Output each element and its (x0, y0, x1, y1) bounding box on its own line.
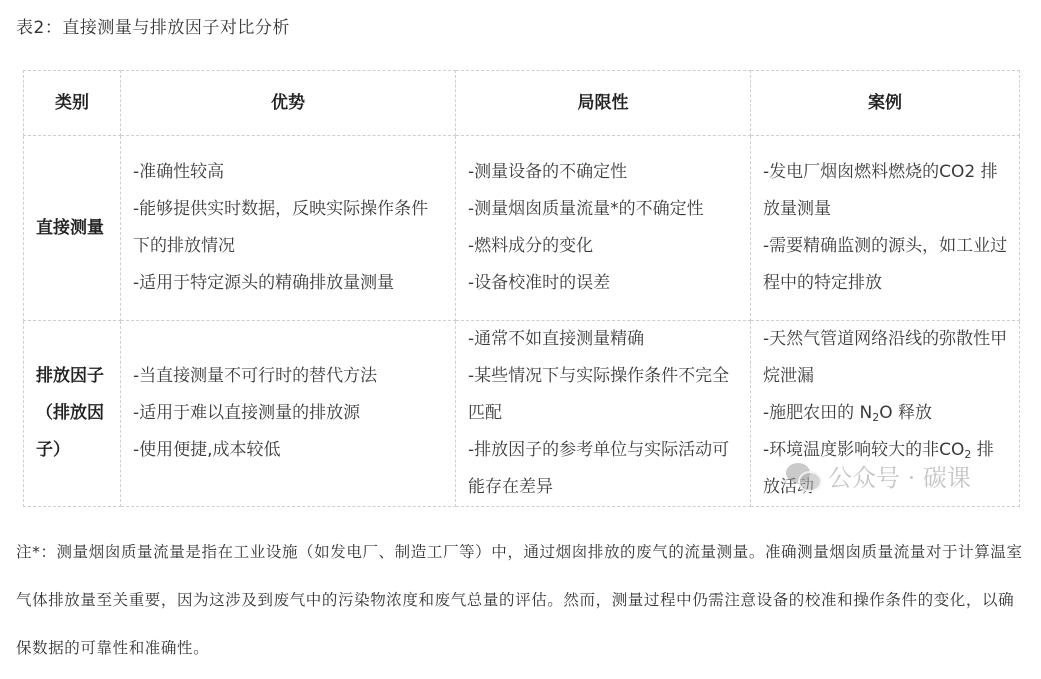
row-limitations: -测量设备的不确定性 -测量烟囱质量流量*的不确定性 -燃料成分的变化 -设备校… (456, 136, 751, 321)
list-item: -某些情况下与实际操作条件不完全匹配 (468, 358, 740, 432)
list-item: -当直接测量不可行时的替代方法 (133, 358, 445, 395)
list-item: -需要精确监测的源头，如工业过程中的特定排放 (763, 228, 1009, 302)
list-item: -适用于特定源头的精确排放量测量 (133, 265, 445, 302)
list-item: -燃料成分的变化 (468, 228, 740, 265)
list-item: -适用于难以直接测量的排放源 (133, 395, 445, 432)
row-advantages: -准确性较高 -能够提供实时数据，反映实际操作条件下的排放情况 -适用于特定源头… (121, 136, 456, 321)
row-cases: -发电厂烟囱燃料燃烧的CO2 排放量测量 -需要精确监测的源头，如工业过程中的特… (751, 136, 1020, 321)
row-limitations: -通常不如直接测量精确 -某些情况下与实际操作条件不完全匹配 -排放因子的参考单… (456, 321, 751, 507)
header-advantages: 优势 (121, 71, 456, 136)
table-row: 直接测量 -准确性较高 -能够提供实时数据，反映实际操作条件下的排放情况 -适用… (24, 136, 1020, 321)
header-cases: 案例 (751, 71, 1020, 136)
list-item: -排放因子的参考单位与实际活动可能存在差异 (468, 432, 740, 506)
co2-prefix: CO (939, 440, 964, 460)
n2o-suffix: O 释放 (879, 403, 932, 423)
row-category: 排放因子（排放因子） (24, 321, 121, 507)
list-item: -能够提供实时数据，反映实际操作条件下的排放情况 (133, 191, 445, 265)
row-cases: -天然气管道网络沿线的弥散性甲烷泄漏 -施肥农田的 N2O 释放 -环境温度影响… (751, 321, 1020, 507)
list-item: -环境温度影响较大的非CO2 排放活动 (763, 432, 1009, 506)
list-item: -施肥农田的 N2O 释放 (763, 395, 1009, 432)
list-item: -使用便捷,成本较低 (133, 432, 445, 469)
list-item: -发电厂烟囱燃料燃烧的CO2 排放量测量 (763, 154, 1009, 228)
list-item: -设备校准时的误差 (468, 265, 740, 302)
list-item: -通常不如直接测量精确 (468, 321, 740, 358)
list-item: -天然气管道网络沿线的弥散性甲烷泄漏 (763, 321, 1009, 395)
header-category: 类别 (24, 71, 121, 136)
table-row: 排放因子（排放因子） -当直接测量不可行时的替代方法 -适用于难以直接测量的排放… (24, 321, 1020, 507)
footnote: 注*：测量烟囱质量流量是指在工业设施（如发电厂、制造工厂等）中，通过烟囱排放的废… (16, 528, 1026, 672)
n2o-prefix: -施肥农田的 N (763, 403, 872, 423)
row-advantages: -当直接测量不可行时的替代方法 -适用于难以直接测量的排放源 -使用便捷,成本较… (121, 321, 456, 507)
list-item: -测量设备的不确定性 (468, 154, 740, 191)
list-item: -测量烟囱质量流量*的不确定性 (468, 191, 740, 228)
comparison-table: 类别 优势 局限性 案例 直接测量 -准确性较高 -能够提供实时数据，反映实际操… (23, 70, 1020, 507)
table-title: 表2：直接测量与排放因子对比分析 (16, 13, 290, 38)
header-limitations: 局限性 (456, 71, 751, 136)
row-category: 直接测量 (24, 136, 121, 321)
table-header-row: 类别 优势 局限性 案例 (24, 71, 1020, 136)
list-item: -准确性较高 (133, 154, 445, 191)
text: -环境温度影响较大的非 (763, 440, 939, 460)
